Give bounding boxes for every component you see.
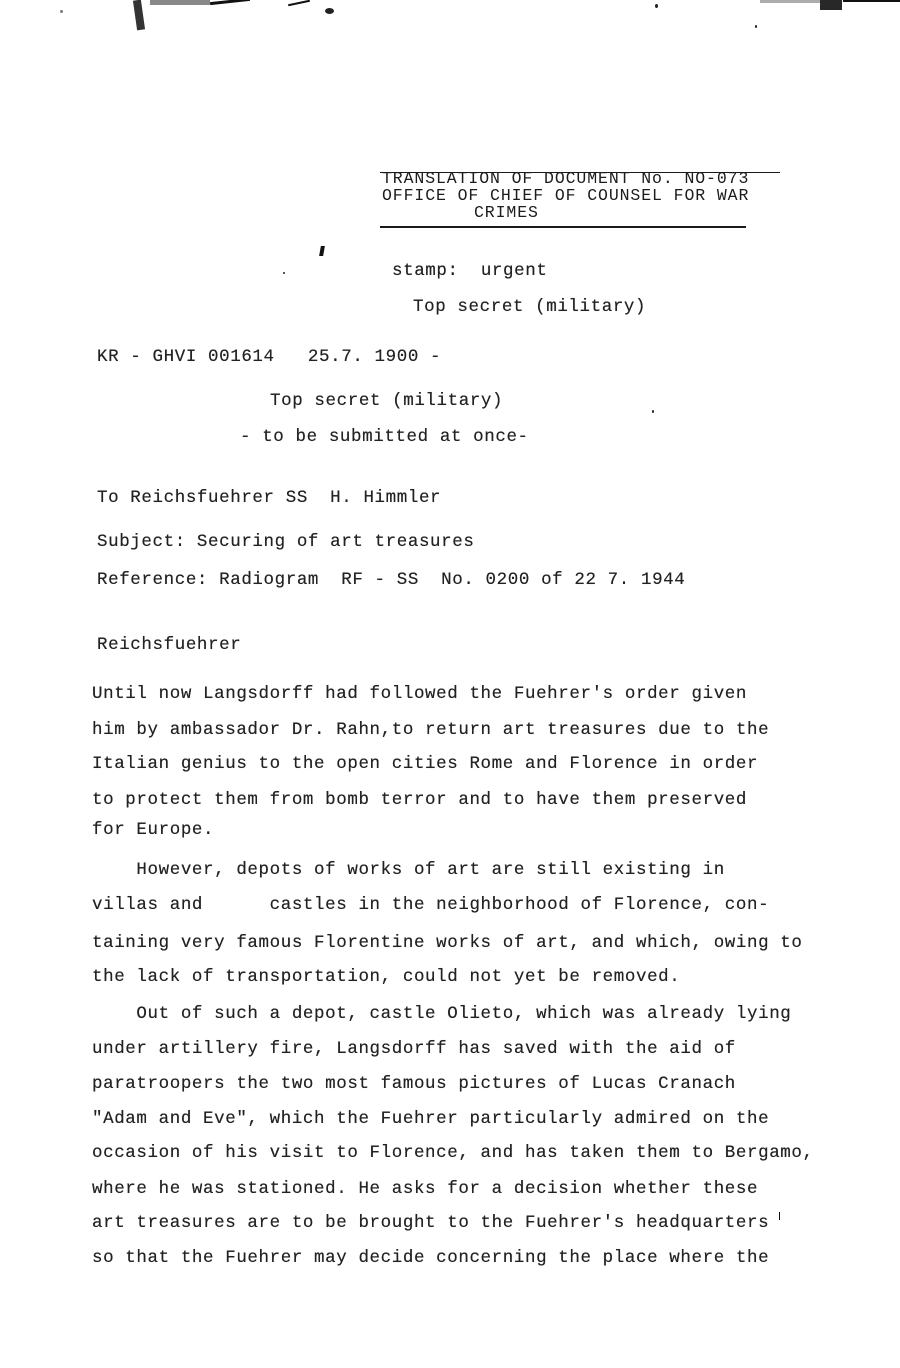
- body-line: paratroopers the two most famous picture…: [92, 1074, 736, 1094]
- scanned-document-page: TRANSLATION OF DOCUMENT No. NO-073 OFFIC…: [0, 0, 900, 1368]
- ink-mark: [319, 246, 325, 256]
- scan-artifact: [755, 25, 757, 28]
- reference-code: KR - GHVI 001614 25.7. 1900 -: [97, 347, 441, 367]
- translation-header: TRANSLATION OF DOCUMENT No. NO-073 OFFIC…: [382, 170, 782, 221]
- classification-top-secret: Top secret (military): [270, 391, 503, 411]
- body-line: for Europe.: [92, 820, 214, 840]
- body-line: occasion of his visit to Florence, and h…: [92, 1143, 814, 1163]
- addressee: To Reichsfuehrer SS H. Himmler: [97, 488, 441, 508]
- body-line: Italian genius to the open cities Rome a…: [92, 754, 758, 774]
- body-line: "Adam and Eve", which the Fuehrer partic…: [92, 1109, 769, 1129]
- scan-artifact: [60, 10, 63, 13]
- subject-line: Subject: Securing of art treasures: [97, 532, 474, 552]
- body-line: to protect them from bomb terror and to …: [92, 790, 747, 810]
- body-line: Until now Langsdorff had followed the Fu…: [92, 684, 747, 704]
- scan-artifact: [843, 0, 900, 2]
- scan-artifact: [820, 0, 842, 10]
- body-line: so that the Fuehrer may decide concernin…: [92, 1248, 769, 1268]
- scan-artifact: [655, 4, 658, 8]
- classification-submit-at-once: - to be submitted at once-: [240, 427, 529, 447]
- body-line: him by ambassador Dr. Rahn,to return art…: [92, 720, 769, 740]
- header-bottom-rule: [380, 226, 746, 228]
- body-line: taining very famous Florentine works of …: [92, 933, 803, 953]
- scan-artifact: [325, 8, 334, 14]
- body-line: art treasures are to be brought to the F…: [92, 1213, 769, 1233]
- stamp-urgent: stamp: urgent: [392, 261, 547, 281]
- body-line: where he was stationed. He asks for a de…: [92, 1179, 758, 1199]
- body-line: under artillery fire, Langsdorff has sav…: [92, 1039, 736, 1059]
- body-line: However, depots of works of art are stil…: [92, 860, 725, 880]
- reference-line: Reference: Radiogram RF - SS No. 0200 of…: [97, 570, 685, 590]
- body-line: Out of such a depot, castle Olieto, whic…: [92, 1004, 791, 1024]
- scan-artifact: [652, 410, 654, 413]
- scan-artifact: [150, 0, 210, 5]
- margin-mark: [779, 1212, 780, 1220]
- header-line-3: CRIMES: [382, 204, 782, 221]
- header-line-1: TRANSLATION OF DOCUMENT No. NO-073: [382, 170, 782, 187]
- scan-artifact: [283, 272, 285, 274]
- salutation: Reichsfuehrer: [97, 635, 241, 655]
- stamp-top-secret: Top secret (military): [413, 297, 646, 317]
- scan-artifact: [210, 0, 250, 5]
- body-line: the lack of transportation, could not ye…: [92, 967, 680, 987]
- scan-artifact: [760, 0, 820, 3]
- scan-artifact: [133, 0, 145, 30]
- scan-artifact: [288, 0, 310, 6]
- header-line-2: OFFICE OF CHIEF OF COUNSEL FOR WAR: [382, 187, 782, 204]
- body-line: villas and castles in the neighborhood o…: [92, 895, 769, 915]
